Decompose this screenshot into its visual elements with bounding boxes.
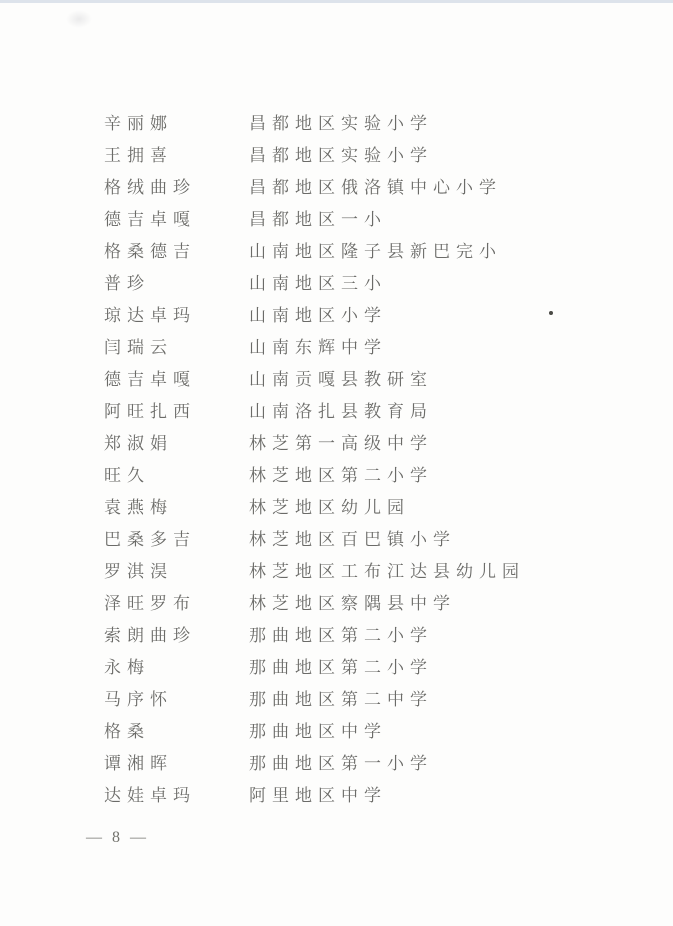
roster-list: 辛丽娜昌都地区实验小学王拥喜昌都地区实验小学格绒曲珍昌都地区俄洛镇中心小学德吉卓… [104,105,525,809]
school-name: 山南洛扎县教育局 [249,397,433,422]
school-name: 林芝地区百巴镇小学 [249,525,456,550]
person-name: 王拥喜 [104,141,249,166]
document-page: 辛丽娜昌都地区实验小学王拥喜昌都地区实验小学格绒曲珍昌都地区俄洛镇中心小学德吉卓… [0,0,673,926]
roster-row: 索朗曲珍那曲地区第二小学 [104,617,525,649]
roster-row: 王拥喜昌都地区实验小学 [104,137,525,169]
school-name: 昌都地区实验小学 [249,109,433,134]
person-name: 袁燕梅 [104,493,249,518]
person-name: 谭湘晖 [104,749,249,774]
roster-row: 袁燕梅林芝地区幼儿园 [104,489,525,521]
roster-row: 普珍山南地区三小 [104,265,525,297]
roster-row: 琼达卓玛山南地区小学 [104,297,525,329]
school-name: 林芝地区工布江达县幼儿园 [249,557,525,582]
roster-row: 达娃卓玛阿里地区中学 [104,777,525,809]
ink-speck-artifact [549,311,553,315]
person-name: 巴桑多吉 [104,525,249,550]
person-name: 罗淇淏 [104,557,249,582]
school-name: 林芝地区察隅县中学 [249,589,456,614]
person-name: 郑淑娟 [104,429,249,454]
school-name: 林芝地区第二小学 [249,461,433,486]
roster-row: 罗淇淏林芝地区工布江达县幼儿园 [104,553,525,585]
page-number: — 8 — [86,829,149,847]
roster-row: 马序怀那曲地区第二中学 [104,681,525,713]
school-name: 山南东辉中学 [249,333,387,358]
scan-edge-artifact [0,0,673,3]
school-name: 昌都地区一小 [249,205,387,230]
roster-row: 泽旺罗布林芝地区察隅县中学 [104,585,525,617]
roster-row: 德吉卓嘎昌都地区一小 [104,201,525,233]
person-name: 德吉卓嘎 [104,205,249,230]
person-name: 索朗曲珍 [104,621,249,646]
person-name: 永梅 [104,653,249,678]
roster-row: 阿旺扎西山南洛扎县教育局 [104,393,525,425]
person-name: 琼达卓玛 [104,301,249,326]
roster-row: 郑淑娟林芝第一高级中学 [104,425,525,457]
school-name: 那曲地区第二小学 [249,621,433,646]
person-name: 德吉卓嘎 [104,365,249,390]
school-name: 林芝地区幼儿园 [249,493,410,518]
person-name: 达娃卓玛 [104,781,249,806]
roster-row: 旺久林芝地区第二小学 [104,457,525,489]
person-name: 阿旺扎西 [104,397,249,422]
roster-row: 谭湘晖那曲地区第一小学 [104,745,525,777]
roster-row: 格桑那曲地区中学 [104,713,525,745]
person-name: 旺久 [104,461,249,486]
school-name: 那曲地区第一小学 [249,749,433,774]
roster-row: 巴桑多吉林芝地区百巴镇小学 [104,521,525,553]
roster-row: 格绒曲珍昌都地区俄洛镇中心小学 [104,169,525,201]
person-name: 格桑 [104,717,249,742]
person-name: 闫瑞云 [104,333,249,358]
school-name: 山南地区三小 [249,269,387,294]
school-name: 山南地区隆子县新巴完小 [249,237,502,262]
person-name: 辛丽娜 [104,109,249,134]
roster-row: 闫瑞云山南东辉中学 [104,329,525,361]
person-name: 泽旺罗布 [104,589,249,614]
person-name: 格桑德吉 [104,237,249,262]
school-name: 那曲地区第二中学 [249,685,433,710]
person-name: 马序怀 [104,685,249,710]
school-name: 昌都地区实验小学 [249,141,433,166]
roster-row: 德吉卓嘎山南贡嘎县教研室 [104,361,525,393]
roster-row: 永梅那曲地区第二小学 [104,649,525,681]
school-name: 山南地区小学 [249,301,387,326]
school-name: 昌都地区俄洛镇中心小学 [249,173,502,198]
school-name: 山南贡嘎县教研室 [249,365,433,390]
school-name: 那曲地区第二小学 [249,653,433,678]
roster-row: 辛丽娜昌都地区实验小学 [104,105,525,137]
person-name: 格绒曲珍 [104,173,249,198]
school-name: 林芝第一高级中学 [249,429,433,454]
scan-smudge-artifact [66,10,92,28]
school-name: 阿里地区中学 [249,781,387,806]
school-name: 那曲地区中学 [249,717,387,742]
person-name: 普珍 [104,269,249,294]
roster-row: 格桑德吉山南地区隆子县新巴完小 [104,233,525,265]
